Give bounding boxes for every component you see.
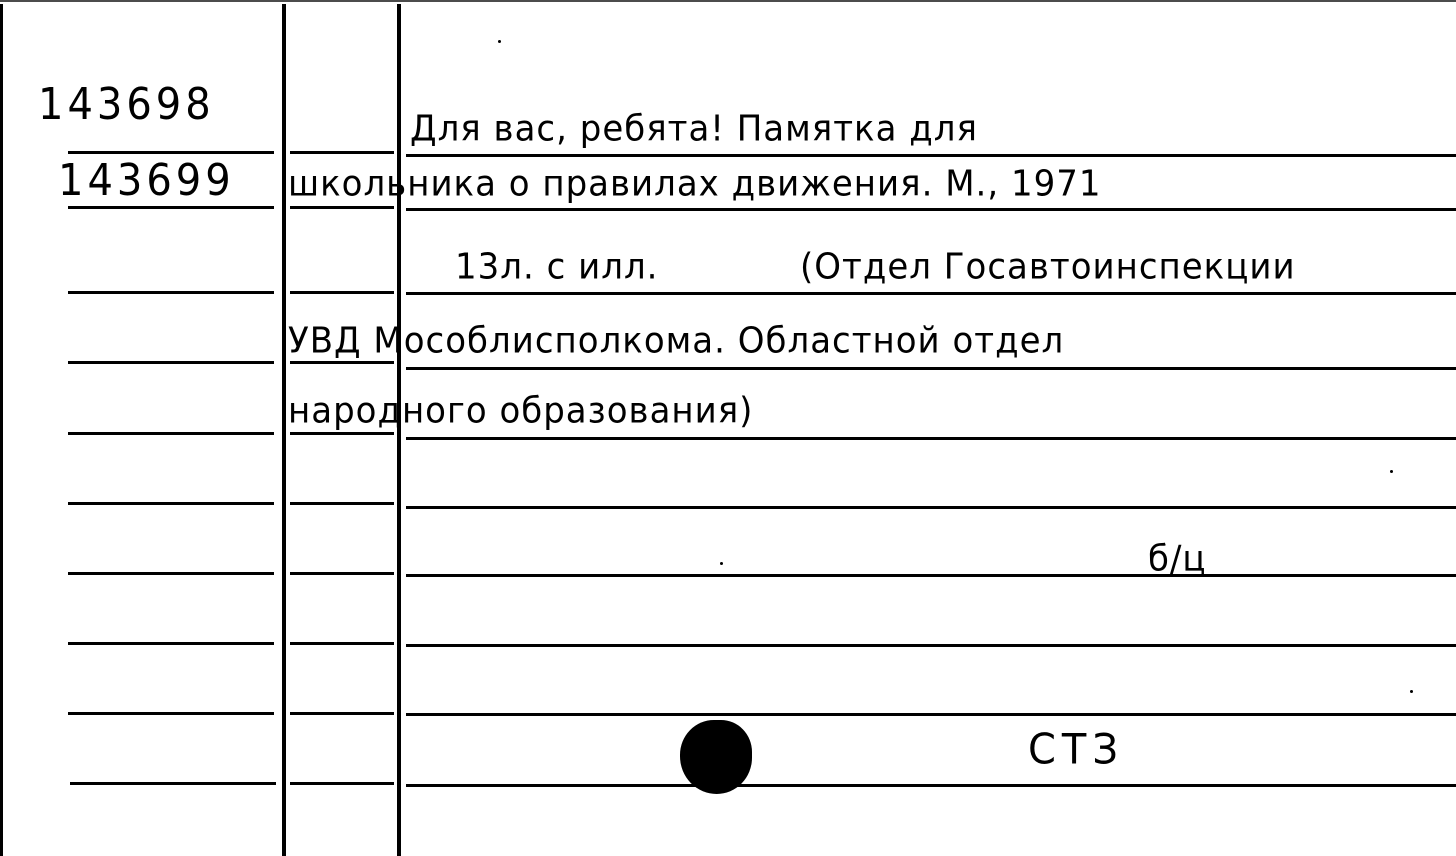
scan-speck <box>1410 690 1413 693</box>
ruled-line <box>406 154 1456 157</box>
inventory-number: 143699 <box>58 155 235 206</box>
ruled-line <box>406 437 1456 440</box>
ruled-line <box>290 502 394 505</box>
ruled-line <box>406 292 1456 295</box>
entry-line-issuer-end: народного образования) <box>288 390 753 432</box>
entry-line-issuer: (Отдел Госавтоинспекции <box>800 246 1296 288</box>
ruled-line <box>290 151 394 154</box>
ruled-line <box>406 784 1456 787</box>
scan-speck <box>1390 470 1393 473</box>
ruled-line <box>290 291 394 294</box>
ruled-line <box>68 151 274 154</box>
ruled-line <box>406 574 1456 577</box>
ruled-line <box>290 572 394 575</box>
catalog-card: 143698 143699 Для вас, ребята! Памятка д… <box>0 0 1456 856</box>
classification-code: СТЗ <box>1028 726 1124 774</box>
column-divider-1 <box>282 4 286 856</box>
ruled-line <box>68 361 274 364</box>
scan-speck <box>720 562 723 565</box>
ruled-line <box>68 572 274 575</box>
ruled-line <box>68 712 274 715</box>
ruled-line <box>290 432 394 435</box>
ruled-line <box>68 432 274 435</box>
entry-line-title-cont: школьника о правилах движения. М., 1971 <box>288 163 1101 205</box>
ruled-line <box>68 291 274 294</box>
ruled-line <box>290 782 394 785</box>
ruled-line <box>68 206 274 209</box>
entry-line-issuer-cont: УВД Мособлисполкома. Областной отдел <box>288 320 1064 362</box>
ruled-line <box>290 642 394 645</box>
card-left-edge <box>0 4 3 856</box>
ruled-line <box>406 644 1456 647</box>
ruled-line <box>70 782 276 785</box>
ruled-line <box>68 502 274 505</box>
punch-hole <box>680 720 752 794</box>
ruled-line <box>406 367 1456 370</box>
ruled-line <box>406 713 1456 716</box>
ruled-line <box>68 642 274 645</box>
inventory-number: 143698 <box>38 79 215 130</box>
card-top-edge <box>0 0 1456 2</box>
scan-speck <box>498 40 501 43</box>
ruled-line <box>290 206 394 209</box>
entry-line-extent: 13л. с илл. <box>455 246 658 288</box>
price-note: б/ц <box>1148 538 1207 580</box>
ruled-line <box>406 506 1456 509</box>
ruled-line <box>290 712 394 715</box>
entry-line-title: Для вас, ребята! Памятка для <box>410 108 978 150</box>
ruled-line <box>406 208 1456 211</box>
